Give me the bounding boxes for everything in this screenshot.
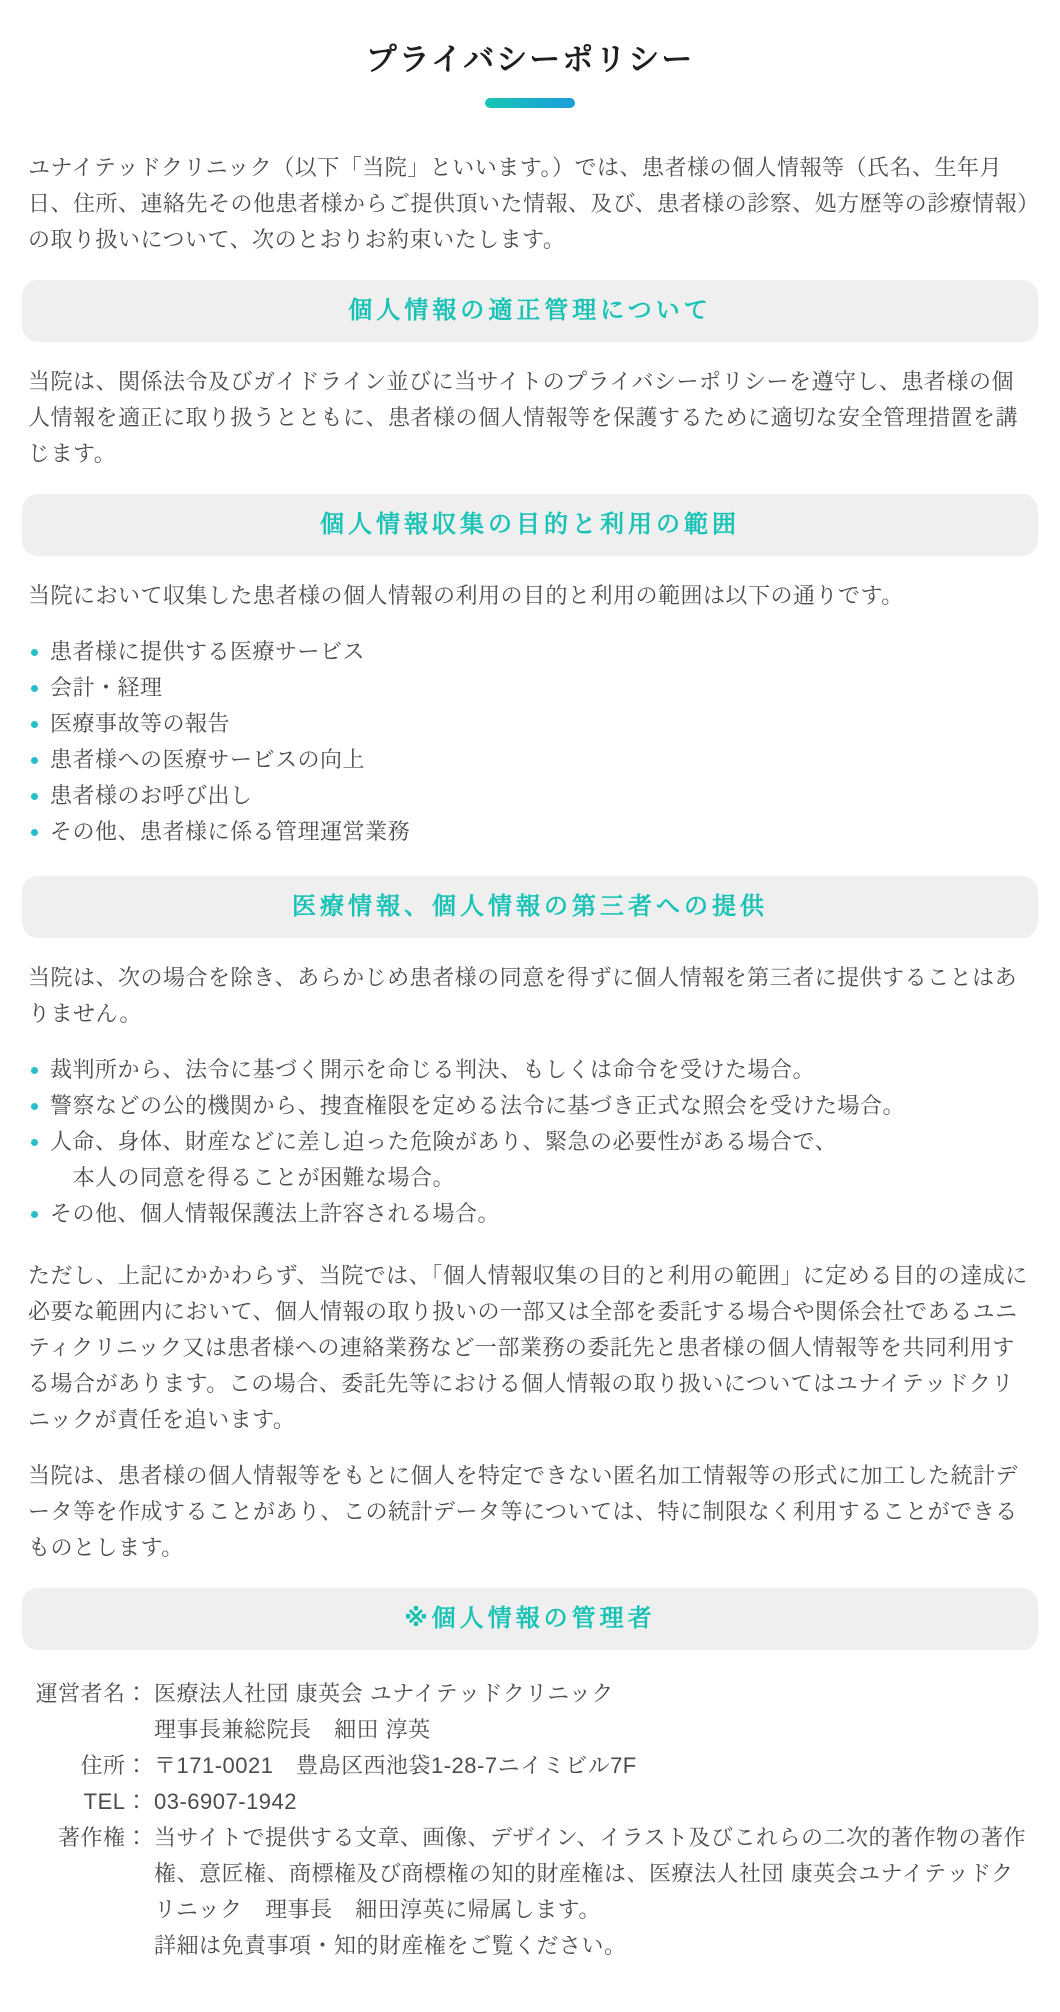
detail-label: 住所： [28,1748,148,1784]
purpose-bullet-list: 患者様に提供する医療サービス 会計・経理 医療事故等の報告 患者様への医療サービ… [28,634,1032,850]
detail-row-tel: TEL： 03-6907-1942 [28,1784,1032,1820]
page-title: プライバシーポリシー [28,40,1032,80]
section-paragraph: 当院は、患者様の個人情報等をもとに個人を特定できない匿名加工情報等の形式に加工し… [28,1458,1032,1566]
bullet-item: 警察などの公的機関から、捜査権限を定める法令に基づき正式な照会を受けた場合。 [28,1088,1032,1124]
section-heading-box-third-party: 医療情報、個人情報の第三者への提供 [22,876,1038,938]
detail-value: 〒171-0021 豊島区西池袋1-28-7ニイミビル7F [154,1748,1032,1784]
section-heading-box-proper-management: 個人情報の適正管理について [22,280,1038,342]
bullet-item: 医療事故等の報告 [28,706,1032,742]
bullet-item: 患者様のお呼び出し [28,778,1032,814]
section-paragraph: 当院は、次の場合を除き、あらかじめ患者様の同意を得ずに個人情報を第三者に提供する… [28,960,1032,1032]
detail-row-operator-name: 運営者名： 医療法人社団 康英会 ユナイテッドクリニック 理事長兼総院長 細田 … [28,1676,1032,1748]
bullet-item: その他、個人情報保護法上許容される場合。 [28,1196,1032,1232]
detail-row-copyright: 著作権： 当サイトで提供する文章、画像、デザイン、イラスト及びこれらの二次的著作… [28,1820,1032,1964]
operator-details: 運営者名： 医療法人社団 康英会 ユナイテッドクリニック 理事長兼総院長 細田 … [28,1676,1032,1964]
section-heading-box-data-manager: ※個人情報の管理者 [22,1588,1038,1650]
section-heading: 医療情報、個人情報の第三者への提供 [292,895,768,919]
detail-label: 運営者名： [28,1676,148,1712]
section-paragraph: 当院は、関係法令及びガイドライン並びに当サイトのプライバシーポリシーを遵守し、患… [28,364,1032,472]
detail-value: 03-6907-1942 [154,1784,1032,1820]
bullet-item: その他、患者様に係る管理運営業務 [28,814,1032,850]
bullet-item: 患者様への医療サービスの向上 [28,742,1032,778]
intro-paragraph: ユナイテッドクリニック（以下「当院」といいます。）では、患者様の個人情報等（氏名… [28,150,1032,258]
third-party-bullet-list: 裁判所から、法令に基づく開示を命じる判決、もしくは命令を受けた場合。 警察などの… [28,1052,1032,1232]
privacy-policy-page: プライバシーポリシー ユナイテッドクリニック（以下「当院」といいます。）では、患… [0,0,1060,2012]
detail-label: TEL： [28,1784,148,1820]
section-heading-box-purpose-scope: 個人情報収集の目的と利用の範囲 [22,494,1038,556]
section-paragraph: 当院において収集した患者様の個人情報の利用の目的と利用の範囲は以下の通りです。 [28,578,1032,614]
section-heading: 個人情報の適正管理について [348,299,712,323]
section-heading: ※個人情報の管理者 [404,1607,655,1631]
detail-label: 著作権： [28,1820,148,1856]
section-heading: 個人情報収集の目的と利用の範囲 [320,513,740,537]
bullet-item: 会計・経理 [28,670,1032,706]
section-paragraph: ただし、上記にかかわらず、当院では、「個人情報収集の目的と利用の範囲」に定める目… [28,1258,1032,1438]
detail-value: 当サイトで提供する文章、画像、デザイン、イラスト及びこれらの二次的著作物の著作権… [154,1820,1032,1964]
bullet-item: 裁判所から、法令に基づく開示を命じる判決、もしくは命令を受けた場合。 [28,1052,1032,1088]
bullet-item: 患者様に提供する医療サービス [28,634,1032,670]
detail-value: 医療法人社団 康英会 ユナイテッドクリニック 理事長兼総院長 細田 淳英 [154,1676,1032,1748]
title-underline-bar [485,98,575,108]
detail-row-address: 住所： 〒171-0021 豊島区西池袋1-28-7ニイミビル7F [28,1748,1032,1784]
bullet-item: 人命、身体、財産などに差し迫った危険があり、緊急の必要性がある場合で、 本人の同… [28,1124,1032,1196]
